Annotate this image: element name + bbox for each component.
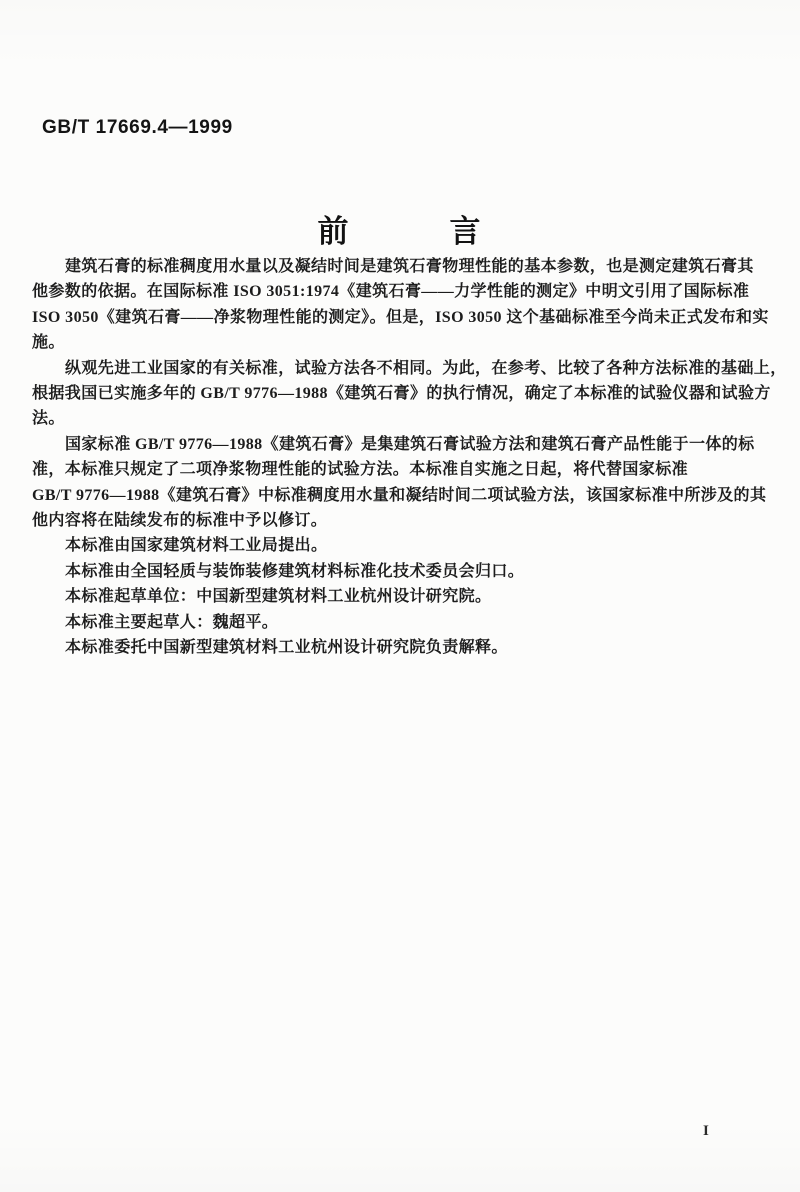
foreword-line: 本标准委托中国新型建筑材料工业杭州设计研究院负责解释。 <box>32 635 774 660</box>
foreword-line: 本标准主要起草人：魏超平。 <box>32 610 774 635</box>
foreword-line: 建筑石膏的标准稠度用水量以及凝结时间是建筑石膏物理性能的基本参数，也是测定建筑石… <box>32 254 774 279</box>
foreword-line: 根据我国已实施多年的 GB/T 9776—1988《建筑石膏》的执行情况，确定了… <box>32 381 774 406</box>
foreword-line: 国家标准 GB/T 9776—1988《建筑石膏》是集建筑石膏试验方法和建筑石膏… <box>32 432 774 457</box>
foreword-line: GB/T 9776—1988《建筑石膏》中标准稠度用水量和凝结时间二项试验方法，… <box>32 483 774 508</box>
page-title: 前 言 <box>0 206 800 251</box>
foreword-line: 本标准由全国轻质与装饰装修建筑材料标准化技术委员会归口。 <box>32 559 774 584</box>
foreword-line: 施。 <box>32 330 774 355</box>
document-page: GB/T 17669.4—1999 前 言 建筑石膏的标准稠度用水量以及凝结时间… <box>0 0 800 1192</box>
foreword-line: 纵观先进工业国家的有关标准，试验方法各不相同。为此，在参考、比较了各种方法标准的… <box>32 356 774 381</box>
standard-number: GB/T 17669.4—1999 <box>42 117 233 139</box>
foreword-line: 本标准由国家建筑材料工业局提出。 <box>32 533 774 558</box>
foreword-body: 建筑石膏的标准稠度用水量以及凝结时间是建筑石膏物理性能的基本参数，也是测定建筑石… <box>32 254 774 661</box>
foreword-line: ISO 3050《建筑石膏——净浆物理性能的测定》。但是，ISO 3050 这个… <box>32 305 774 330</box>
foreword-line: 他内容将在陆续发布的标准中予以修订。 <box>32 508 774 533</box>
foreword-line: 他参数的依据。在国际标准 ISO 3051:1974《建筑石膏——力学性能的测定… <box>32 279 774 304</box>
foreword-line: 本标准起草单位：中国新型建筑材料工业杭州设计研究院。 <box>32 584 774 609</box>
foreword-line: 准，本标准只规定了二项净浆物理性能的试验方法。本标准自实施之日起，将代替国家标准 <box>32 457 774 482</box>
foreword-line: 法。 <box>32 406 774 431</box>
page-number: I <box>703 1123 709 1140</box>
